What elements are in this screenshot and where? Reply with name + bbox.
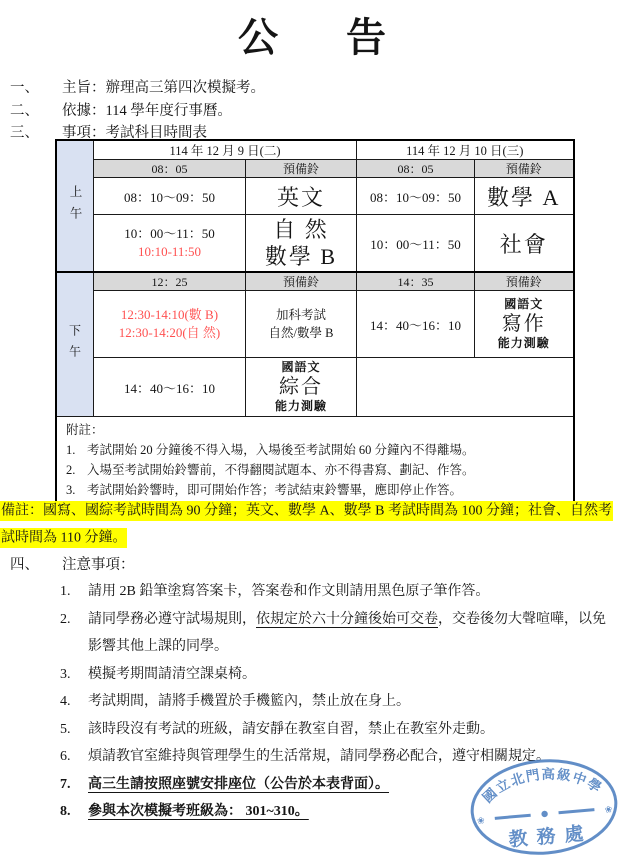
note-number: 1. [66, 440, 87, 460]
time-red: 12:30-14:10(數 B) [94, 306, 245, 324]
morning-bell-row: 08：05 預備鈴 08：05 預備鈴 [56, 160, 574, 178]
item-number: 8. [60, 798, 88, 826]
highlighted-remark: 備註：國寫、國綜考試時間為 90 分鐘；英文、數學 A、數學 B 考試時間為 1… [0, 497, 624, 552]
item-text: 請用 2B 鉛筆塗寫答案卡，答案卷和作文則請用黑色原子筆作答。 [88, 578, 616, 606]
stamp-divider-dot [541, 811, 548, 818]
item-text: 參與本次模擬考班級為： 301~310。 [88, 798, 309, 826]
day2-header: 114 年 12 月 10 日(三) [357, 140, 574, 160]
time-cell-extra-exam: 12:30-14:10(數 B) 12:30-14:20(自 然) [94, 291, 246, 358]
subject-cell-chinese-writing: 國語文 寫作 能力測驗 [475, 291, 574, 358]
bell-label-cell: 預備鈴 [475, 160, 574, 178]
empty-cell [357, 358, 574, 417]
intro-item-number: 二、 [10, 99, 62, 120]
subject-cell-chinese-comprehensive: 國語文 綜合 能力測驗 [246, 358, 357, 417]
afternoon-bell-row: 下午 12：25 預備鈴 14：35 預備鈴 [56, 272, 574, 291]
exam-schedule-table: 上午 114 年 12 月 9 日(二) 114 年 12 月 10 日(三) … [55, 139, 575, 505]
item-text-underlined: 依規定於六十分鐘後始可交卷 [256, 612, 438, 627]
item-text-pre: 請同學務必遵守試場規則， [88, 612, 256, 627]
stamp-seal-icon: 國立北門高級中學 ❀ ❀ 教務處 [462, 750, 624, 857]
subject-cell-math-a: 數學 A [475, 178, 574, 215]
day1-header: 114 年 12 月 9 日(二) [94, 140, 357, 160]
bell-time-cell: 08：05 [357, 160, 475, 178]
page-title: 公 告 [0, 6, 624, 63]
time-cell: 10：00～11：50 [357, 215, 475, 273]
subject-cell-science-math-b: 自 然 數學 B [246, 215, 357, 273]
bell-label-cell: 預備鈴 [246, 272, 357, 291]
bell-time-cell: 14：35 [357, 272, 475, 291]
time-cell: 10：00～11：50 10:10-11:50 [94, 215, 246, 273]
stamp-divider-right [559, 810, 595, 813]
item-number: 6. [60, 743, 88, 771]
subject-line: 加科考試 [246, 306, 356, 324]
note-text: 考試開始 20 分鐘後不得入場，入場後至考試開始 60 分鐘內不得離場。 [87, 440, 475, 460]
time-cell: 14：40～16：10 [94, 358, 246, 417]
intro-item-text: 主旨：辦理高三第四次模擬考。 [62, 76, 265, 97]
intro-list: 一、 主旨：辦理高三第四次模擬考。 二、 依據：114 學年度行事曆。 三、 事… [10, 76, 610, 144]
time-black: 10：00～11：50 [94, 225, 245, 243]
subject-cell-social: 社會 [475, 215, 574, 273]
notice-item-3: 3. 模擬考期間請清空課桌椅。 [60, 661, 616, 689]
notice-item-4: 4. 考試期間，請將手機置於手機籃內，禁止放在身上。 [60, 688, 616, 716]
time-red: 12:30-14:20(自 然) [94, 324, 245, 342]
item-number: 2. [60, 606, 88, 661]
time-cell: 08：10～09：50 [94, 178, 246, 215]
section-number: 四、 [10, 553, 62, 574]
morning-row-2: 10：00～11：50 10:10-11:50 自 然 數學 B 10：00～1… [56, 215, 574, 273]
bell-label-cell: 預備鈴 [475, 272, 574, 291]
office-stamp: 國立北門高級中學 ❀ ❀ 教務處 [462, 750, 624, 857]
flower-icon: ❀ [477, 815, 486, 826]
item-text: 請同學務必遵守試場規則，依規定於六十分鐘後始可交卷，交卷後勿大聲喧嘩，以免影響其… [88, 606, 616, 661]
item-text: 考試期間，請將手機置於手機籃內，禁止放在身上。 [88, 688, 616, 716]
note-number: 2. [66, 460, 87, 480]
subject-line: 自然/數學 B [246, 324, 356, 342]
afternoon-label: 下午 [56, 272, 94, 417]
remark-text: 備註：國寫、國綜考試時間為 90 分鐘；英文、數學 A、數學 B 考試時間為 1… [0, 501, 613, 549]
time-red: 10:10-11:50 [94, 243, 245, 261]
item-text: 模擬考期間請清空課桌椅。 [88, 661, 616, 689]
intro-item-text: 依據：114 學年度行事曆。 [62, 99, 232, 120]
subject-main: 綜合 [246, 375, 356, 399]
afternoon-row-1: 12:30-14:10(數 B) 12:30-14:20(自 然) 加科考試 自… [56, 291, 574, 358]
item-number: 1. [60, 578, 88, 606]
time-cell: 14：40～16：10 [357, 291, 475, 358]
morning-label: 上午 [56, 140, 94, 272]
intro-item-subject: 一、 主旨：辦理高三第四次模擬考。 [10, 76, 610, 99]
item-number: 4. [60, 688, 88, 716]
subject-caption: 能力測驗 [246, 399, 356, 414]
subject-caption: 國語文 [475, 297, 573, 312]
subject-cell-english: 英文 [246, 178, 357, 215]
stamp-divider-left [495, 815, 531, 818]
table-notes-row: 附註： 1. 考試開始 20 分鐘後不得入場，入場後至考試開始 60 分鐘內不得… [56, 417, 574, 505]
announcement-page: 公 告 一、 主旨：辦理高三第四次模擬考。 二、 依據：114 學年度行事曆。 … [0, 0, 624, 857]
exam-schedule: 上午 114 年 12 月 9 日(二) 114 年 12 月 10 日(三) … [55, 139, 575, 505]
table-notes-cell: 附註： 1. 考試開始 20 分鐘後不得入場，入場後至考試開始 60 分鐘內不得… [56, 417, 574, 505]
flower-icon: ❀ [604, 804, 613, 815]
notice-item-2: 2. 請同學務必遵守試場規則，依規定於六十分鐘後始可交卷，交卷後勿大聲喧嘩，以免… [60, 606, 616, 661]
section-title: 注意事項： [62, 553, 135, 574]
bell-time-cell: 12：25 [94, 272, 246, 291]
intro-item-number: 一、 [10, 76, 62, 97]
subject-main: 寫作 [475, 312, 573, 336]
note-item: 1. 考試開始 20 分鐘後不得入場，入場後至考試開始 60 分鐘內不得離場。 [66, 440, 569, 460]
notes-header: 附註： [66, 420, 569, 440]
bell-time-cell: 08：05 [94, 160, 246, 178]
item-number: 3. [60, 661, 88, 689]
table-notes: 附註： 1. 考試開始 20 分鐘後不得入場，入場後至考試開始 60 分鐘內不得… [57, 417, 573, 500]
note-text: 入場至考試開始鈴響前，不得翻閱試題本、亦不得書寫、劃記、作答。 [87, 460, 475, 480]
date-header-row: 上午 114 年 12 月 9 日(二) 114 年 12 月 10 日(三) [56, 140, 574, 160]
item-number: 5. [60, 716, 88, 744]
subject-cell-extra-exam: 加科考試 自然/數學 B [246, 291, 357, 358]
notice-item-1: 1. 請用 2B 鉛筆塗寫答案卡，答案卷和作文則請用黑色原子筆作答。 [60, 578, 616, 606]
item-text: 該時段沒有考試的班級，請安靜在教室自習，禁止在教室外走動。 [88, 716, 616, 744]
notice-item-5: 5. 該時段沒有考試的班級，請安靜在教室自習，禁止在教室外走動。 [60, 716, 616, 744]
item-text: 高三生請按照座號安排座位（公告於本表背面）。 [88, 771, 389, 799]
subject-caption: 國語文 [246, 360, 356, 375]
subject-line: 自 然 [246, 216, 356, 243]
afternoon-row-2: 14：40～16：10 國語文 綜合 能力測驗 [56, 358, 574, 417]
note-item: 2. 入場至考試開始鈴響前，不得翻閱試題本、亦不得書寫、劃記、作答。 [66, 460, 569, 480]
stamp-office-name: 教務處 [508, 821, 594, 851]
intro-item-basis: 二、 依據：114 學年度行事曆。 [10, 99, 610, 122]
bell-label-cell: 預備鈴 [246, 160, 357, 178]
section-four-header: 四、 注意事項： [10, 553, 135, 574]
subject-caption: 能力測驗 [475, 336, 573, 351]
time-cell: 08：10～09：50 [357, 178, 475, 215]
subject-line: 數學 B [246, 243, 356, 270]
item-number: 7. [60, 771, 88, 799]
morning-row-1: 08：10～09：50 英文 08：10～09：50 數學 A [56, 178, 574, 215]
